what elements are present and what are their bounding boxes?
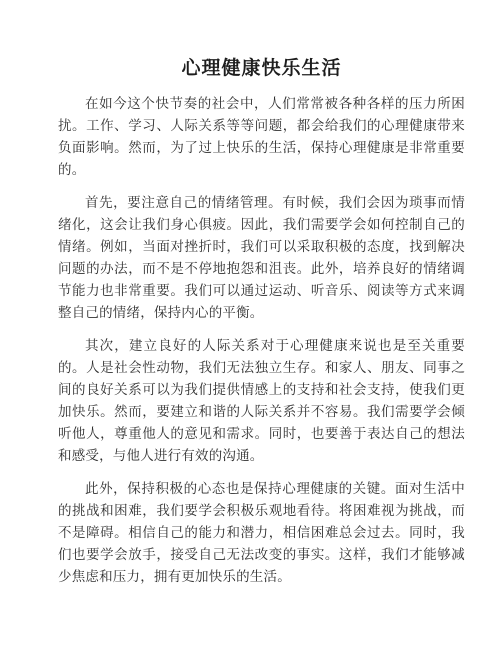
paragraph-intro: 在如今这个快节奏的社会中，人们常常被各种各样的压力所困扰。工作、学习、人际关系等… [58,93,465,181]
document-page: 心理健康快乐生活 在如今这个快节奏的社会中，人们常常被各种各样的压力所困扰。工作… [0,0,502,649]
paragraph-relationships: 其次，建立良好的人际关系对于心理健康来说也是至关重要的。人是社会性动物，我们无法… [58,335,465,467]
document-title: 心理健康快乐生活 [58,55,465,83]
paragraph-positive-mindset: 此外，保持积极的心态也是保持心理健康的关键。面对生活中的挑战和困难，我们要学会积… [58,478,465,588]
paragraph-emotion-management: 首先，要注意自己的情绪管理。有时候，我们会因为琐事而情绪化，这会让我们身心俱疲。… [58,192,465,324]
